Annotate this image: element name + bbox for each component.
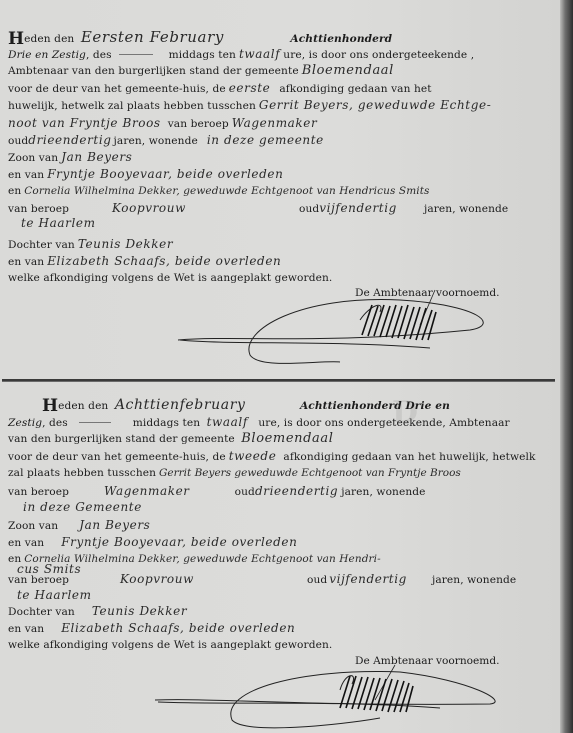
page-edge-shadow: [560, 0, 573, 733]
document-page: Heden den Eersten February Achttienhonde…: [0, 0, 560, 733]
